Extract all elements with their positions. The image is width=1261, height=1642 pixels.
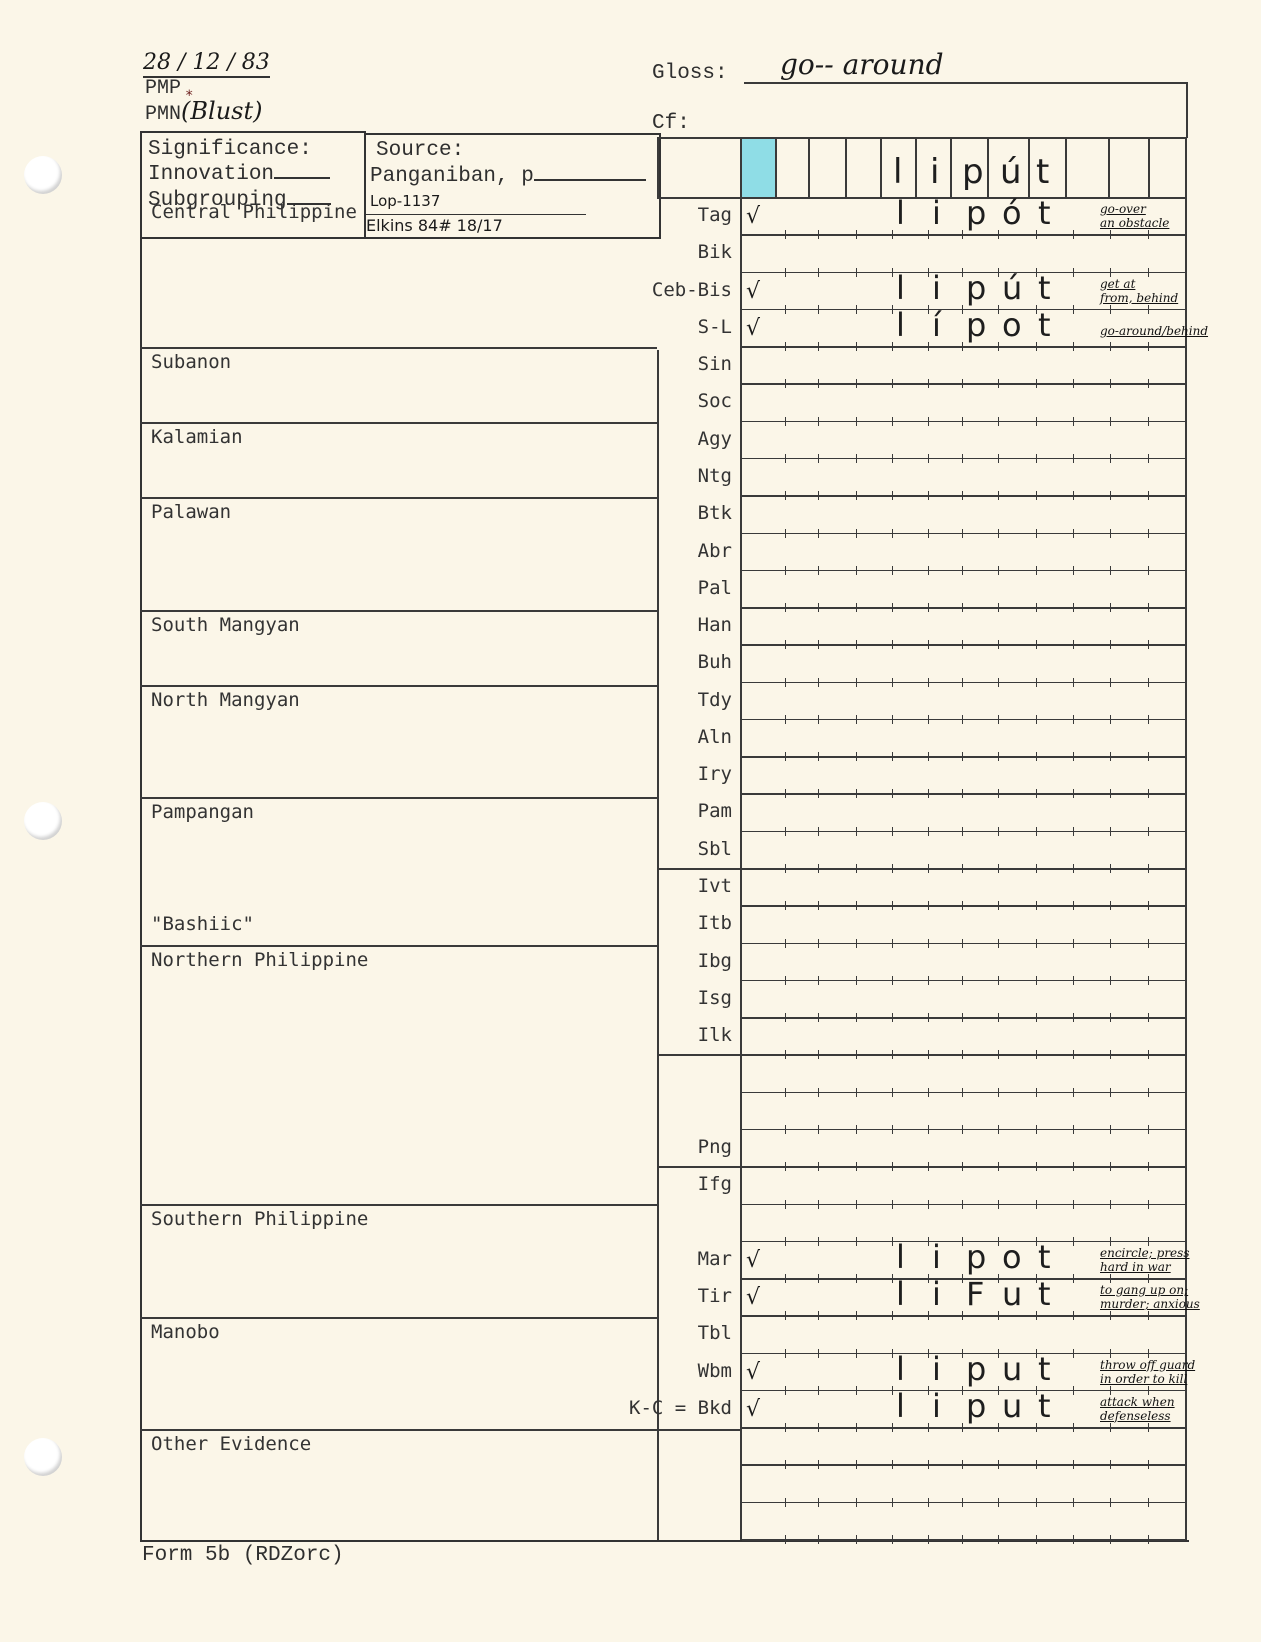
row-tick-mark [962,678,963,687]
row-tick-mark [1148,640,1149,649]
row-writing-line [742,234,1185,236]
cognate-letter: l [896,306,905,344]
row-tick-mark [785,454,786,463]
row-tick-mark [892,1274,893,1283]
row-tick-mark [1073,1423,1074,1432]
language-row: Mar [560,1248,732,1285]
row-tick-mark [892,1498,893,1507]
source-line-1: Panganiban, p [370,165,534,188]
row-tick-mark [962,789,963,798]
row-tick-mark [856,1535,857,1544]
row-tick-mark [962,901,963,910]
row-tick-mark [892,864,893,873]
language-code: Ilk [698,1024,732,1046]
row-tick-mark [856,1200,857,1209]
language-row: Abr [560,540,732,577]
row-tick-mark [962,1311,963,1320]
row-tick-mark [856,1349,857,1358]
language-row: Tag [560,204,732,241]
row-tick-mark [1036,1498,1037,1507]
header-column-separator [1028,139,1030,197]
row-tick-mark [1148,678,1149,687]
row-tick-mark [892,1050,893,1059]
row-tick-mark [856,1050,857,1059]
row-tick-mark [818,1498,819,1507]
row-tick-mark [928,566,929,575]
gloss-note-line: murder; anxious [1100,1297,1200,1311]
language-code: Tbl [698,1322,732,1344]
row-tick-mark [1110,1162,1111,1171]
subgroup-label: South Mangyan [151,614,300,636]
cognate-letter: i [932,1350,941,1388]
row-tick-mark [892,1162,893,1171]
row-tick-mark [962,864,963,873]
row-tick-mark [1073,379,1074,388]
row-tick-mark [856,678,857,687]
cognate-letter: i [932,1275,941,1313]
language-row: Tdy [560,689,732,726]
row-writing-line [742,309,1185,311]
row-tick-mark [892,1125,893,1134]
row-tick-mark [998,1311,999,1320]
highlight-cell [742,139,775,197]
row-tick-mark [1036,976,1037,985]
significance-label: Significance: [148,138,312,161]
row-tick-mark [892,1088,893,1097]
row-tick-mark [785,1498,786,1507]
language-code: Sin [698,353,732,375]
row-tick-mark [1036,342,1037,351]
row-tick-mark [1148,901,1149,910]
row-tick-mark [1036,1423,1037,1432]
row-tick-mark [1110,305,1111,314]
language-row: Isg [560,987,732,1024]
language-code: Buh [698,651,732,673]
row-tick-mark [785,305,786,314]
row-tick-mark [818,529,819,538]
row-tick-mark [1148,864,1149,873]
row-tick-mark [1073,1311,1074,1320]
proto-language-pmp: PMP [145,79,181,99]
row-tick-mark [962,1162,963,1171]
row-tick-mark [892,752,893,761]
row-tick-mark [998,901,999,910]
row-tick-mark [1036,827,1037,836]
row-tick-mark [1036,1088,1037,1097]
row-tick-mark [998,1349,999,1358]
cognate-letter: l [896,1238,905,1276]
language-code: Han [698,614,732,636]
language-code: Bik [698,241,732,263]
language-code: Mar [698,1248,732,1270]
row-tick-mark [998,752,999,761]
row-tick-mark [892,715,893,724]
row-writing-line [742,793,1185,795]
row-writing-line [742,682,1185,684]
row-tick-mark [1036,305,1037,314]
row-tick-mark [785,379,786,388]
row-tick-mark [1110,342,1111,351]
row-tick-mark [1036,1050,1037,1059]
row-tick-mark [892,1349,893,1358]
row-tick-mark [928,1460,929,1469]
row-tick-mark [785,1423,786,1432]
header-column-separator [845,139,847,197]
reconstruction-letter: l [893,152,902,192]
row-tick-mark [928,864,929,873]
row-writing-line [742,1278,1185,1280]
row-tick-mark [1148,603,1149,612]
subgroup-label: Pampangan [151,801,254,823]
row-tick-mark [892,1013,893,1022]
row-tick-mark [962,1535,963,1544]
row-tick-mark [856,1237,857,1246]
row-tick-mark [1148,1237,1149,1246]
gloss-note-line: go-over [1100,202,1169,216]
cognate-letter: ú [1002,269,1022,307]
row-tick-mark [1148,529,1149,538]
row-writing-line [742,383,1185,385]
header-column-separator [880,139,882,197]
language-code: Tir [698,1285,732,1307]
cognate-letter: t [1038,1275,1051,1313]
row-gloss-note: go-around/behind [1100,324,1208,338]
cognate-letter: t [1038,1387,1051,1425]
row-tick-mark [998,678,999,687]
row-tick-mark [1036,789,1037,798]
row-tick-mark [962,715,963,724]
row-tick-mark [785,417,786,426]
row-tick-mark [1036,678,1037,687]
gloss-note-line: an obstacle [1100,216,1169,230]
row-tick-mark [1036,454,1037,463]
row-tick-mark [998,268,999,277]
row-tick-mark [818,789,819,798]
row-tick-mark [1110,454,1111,463]
row-tick-mark [1148,1088,1149,1097]
cognate-letter: i [932,269,941,307]
language-code: Aln [698,726,732,748]
row-tick-mark [998,491,999,500]
row-writing-line [742,272,1185,274]
row-tick-mark [1110,715,1111,724]
row-tick-mark [892,678,893,687]
row-tick-mark [998,1423,999,1432]
row-tick-mark [928,454,929,463]
source-panganiban: Panganiban, p [370,165,646,188]
row-tick-mark [1110,1460,1111,1469]
row-tick-mark [785,529,786,538]
language-code: Pam [698,800,732,822]
row-tick-mark [1110,678,1111,687]
row-tick-mark [1110,1125,1111,1134]
row-tick-mark [1073,1013,1074,1022]
row-tick-mark [856,939,857,948]
row-tick-mark [856,529,857,538]
row-tick-mark [1148,1013,1149,1022]
row-tick-mark [856,976,857,985]
row-tick-mark [962,417,963,426]
cognate-letter: o [1002,306,1022,344]
row-writing-line [742,644,1185,646]
row-writing-line [742,570,1185,572]
row-tick-mark [928,379,929,388]
subgroup-label: Subanon [151,351,231,373]
row-tick-mark [998,1386,999,1395]
cognate-letter: t [1038,194,1051,232]
row-tick-mark [1073,976,1074,985]
row-tick-mark [1110,529,1111,538]
reconstruction-letter: ú [1000,152,1022,192]
row-tick-mark [928,789,929,798]
gloss-note-line: to gang up on; [1100,1283,1200,1297]
row-tick-mark [1148,1050,1149,1059]
row-tick-mark [962,1237,963,1246]
row-tick-mark [1036,1125,1037,1134]
row-tick-mark [962,1423,963,1432]
row-tick-mark [998,1013,999,1022]
row-tick-mark [785,603,786,612]
row-tick-mark [928,1423,929,1432]
subgroup-label: Manobo [151,1321,220,1343]
row-tick-mark [785,1386,786,1395]
row-tick-mark [1073,529,1074,538]
language-code: Ceb-Bis [652,279,732,301]
row-tick-mark [1073,1237,1074,1246]
language-row: Pal [560,577,732,614]
row-writing-line [742,1204,1185,1206]
gloss-note-line: hard in war [1100,1260,1189,1274]
gloss-note-line: defenseless [1100,1409,1175,1423]
proto-language-pmn: PMN(Blust) [145,99,262,127]
row-writing-line [742,905,1185,907]
language-row: Sin [560,353,732,390]
row-tick-mark [998,715,999,724]
row-tick-mark [1148,1386,1149,1395]
row-tick-mark [998,1200,999,1209]
row-tick-mark [1148,752,1149,761]
row-tick-mark [856,379,857,388]
language-code: K-C = Bkd [629,1397,732,1419]
language-code: Soc [698,390,732,412]
cognate-letter: u [1002,1350,1022,1388]
row-tick-mark [1148,268,1149,277]
gloss-note-line: get at [1100,277,1178,291]
row-tick-mark [1036,640,1037,649]
row-tick-mark [962,603,963,612]
cognate-letter: t [1038,1350,1051,1388]
row-tick-mark [1036,379,1037,388]
row-tick-mark [818,1162,819,1171]
row-tick-mark [962,1013,963,1022]
row-tick-mark [1073,1088,1074,1097]
row-tick-mark [928,1349,929,1358]
row-tick-mark [1073,603,1074,612]
row-tick-mark [1073,230,1074,239]
cognate-letter: u [1002,1275,1022,1313]
language-code: Sbl [698,838,732,860]
language-row: Ceb-Bis [560,279,732,316]
row-tick-mark [998,1237,999,1246]
cognate-letter: p [966,1387,986,1425]
row-tick-mark [1110,1200,1111,1209]
row-tick-mark [998,603,999,612]
row-tick-mark [892,603,893,612]
row-tick-mark [892,1200,893,1209]
row-tick-mark [1073,1162,1074,1171]
language-row: Tir [560,1285,732,1322]
row-tick-mark [856,1311,857,1320]
reconstruction-letter: i [930,152,939,192]
language-row: Ibg [560,950,732,987]
cognate-letter: l [896,194,905,232]
row-tick-mark [1073,268,1074,277]
cognate-letter: l [896,1350,905,1388]
row-tick-mark [998,529,999,538]
language-row: Ifg [560,1173,732,1210]
row-tick-mark [998,939,999,948]
row-tick-mark [856,305,857,314]
row-writing-line [742,1539,1185,1541]
row-tick-mark [1073,305,1074,314]
cf-label: Cf: [652,112,690,135]
row-tick-mark [818,1237,819,1246]
row-tick-mark [1148,454,1149,463]
row-tick-mark [856,1088,857,1097]
row-tick-mark [818,864,819,873]
row-tick-mark [928,305,929,314]
row-tick-mark [1110,640,1111,649]
row-tick-mark [1110,1311,1111,1320]
cognate-letter: l [896,1275,905,1313]
row-tick-mark [785,1237,786,1246]
reconstruction-letter: p [962,152,984,192]
row-tick-mark [818,1050,819,1059]
row-writing-line [742,1017,1185,1019]
cognate-letter: i [932,194,941,232]
row-tick-mark [856,1386,857,1395]
row-tick-mark [785,827,786,836]
row-tick-mark [998,1535,999,1544]
row-tick-mark [1073,454,1074,463]
row-tick-mark [1110,789,1111,798]
row-tick-mark [962,1274,963,1283]
row-tick-mark [1036,566,1037,575]
row-tick-mark [1073,1050,1074,1059]
row-gloss-note: to gang up on;murder; anxious [1100,1283,1200,1311]
row-tick-mark [818,1423,819,1432]
innovation-field[interactable]: Innovation [148,163,330,186]
row-tick-mark [928,1311,929,1320]
row-tick-mark [818,1535,819,1544]
row-tick-mark [1148,1423,1149,1432]
row-tick-mark [1036,1349,1037,1358]
row-writing-line [742,607,1185,609]
row-tick-mark [818,901,819,910]
row-tick-mark [962,268,963,277]
language-code: Ibg [698,950,732,972]
row-tick-mark [1036,603,1037,612]
row-tick-mark [818,566,819,575]
row-tick-mark [785,901,786,910]
subgroup-label: Kalamian [151,426,243,448]
row-tick-mark [818,1200,819,1209]
subgroup-label: Central Philippine [151,201,357,223]
row-tick-mark [856,864,857,873]
row-tick-mark [785,1200,786,1209]
row-writing-line [742,831,1185,833]
row-tick-mark [818,342,819,351]
row-tick-mark [1036,939,1037,948]
checkmark-icon: √ [746,316,760,341]
row-tick-mark [1073,1200,1074,1209]
row-tick-mark [892,827,893,836]
row-tick-mark [1036,529,1037,538]
row-tick-mark [785,939,786,948]
checkmark-icon: √ [746,204,760,229]
row-tick-mark [962,529,963,538]
row-tick-mark [1036,752,1037,761]
row-tick-mark [998,305,999,314]
row-tick-mark [1073,789,1074,798]
language-row: Bik [560,241,732,278]
cognate-letter: p [966,1238,986,1276]
subgroup-label: "Bashiic" [151,913,254,935]
row-tick-mark [1036,1274,1037,1283]
row-tick-mark [962,752,963,761]
language-row: Ilk [560,1024,732,1061]
row-writing-line [742,756,1185,758]
row-tick-mark [785,268,786,277]
row-gloss-note: encircle; presshard in war [1100,1246,1189,1274]
row-tick-mark [892,342,893,351]
row-tick-mark [928,1535,929,1544]
row-tick-mark [1073,1274,1074,1283]
row-tick-mark [928,715,929,724]
row-tick-mark [962,976,963,985]
row-tick-mark [998,1162,999,1171]
row-tick-mark [962,1498,963,1507]
row-tick-mark [962,1349,963,1358]
row-tick-mark [998,379,999,388]
row-tick-mark [818,715,819,724]
row-tick-mark [928,268,929,277]
row-tick-mark [785,789,786,798]
row-tick-mark [1110,1535,1111,1544]
row-tick-mark [1073,1535,1074,1544]
row-tick-mark [856,417,857,426]
source-line-2: Lop-1137 [370,192,440,210]
row-tick-mark [1073,901,1074,910]
row-writing-line [742,980,1185,982]
row-tick-mark [998,342,999,351]
checkmark-icon: √ [746,1285,760,1310]
row-tick-mark [962,1088,963,1097]
row-tick-mark [818,939,819,948]
cognate-letter: l [896,1387,905,1425]
row-tick-mark [856,1274,857,1283]
row-tick-mark [962,305,963,314]
proto-pmn-label: PMN [145,103,181,126]
row-tick-mark [1036,268,1037,277]
row-tick-mark [998,864,999,873]
row-tick-mark [928,939,929,948]
row-tick-mark [856,566,857,575]
row-tick-mark [892,566,893,575]
row-tick-mark [928,1125,929,1134]
header-column-separator [915,139,917,197]
row-tick-mark [818,1013,819,1022]
